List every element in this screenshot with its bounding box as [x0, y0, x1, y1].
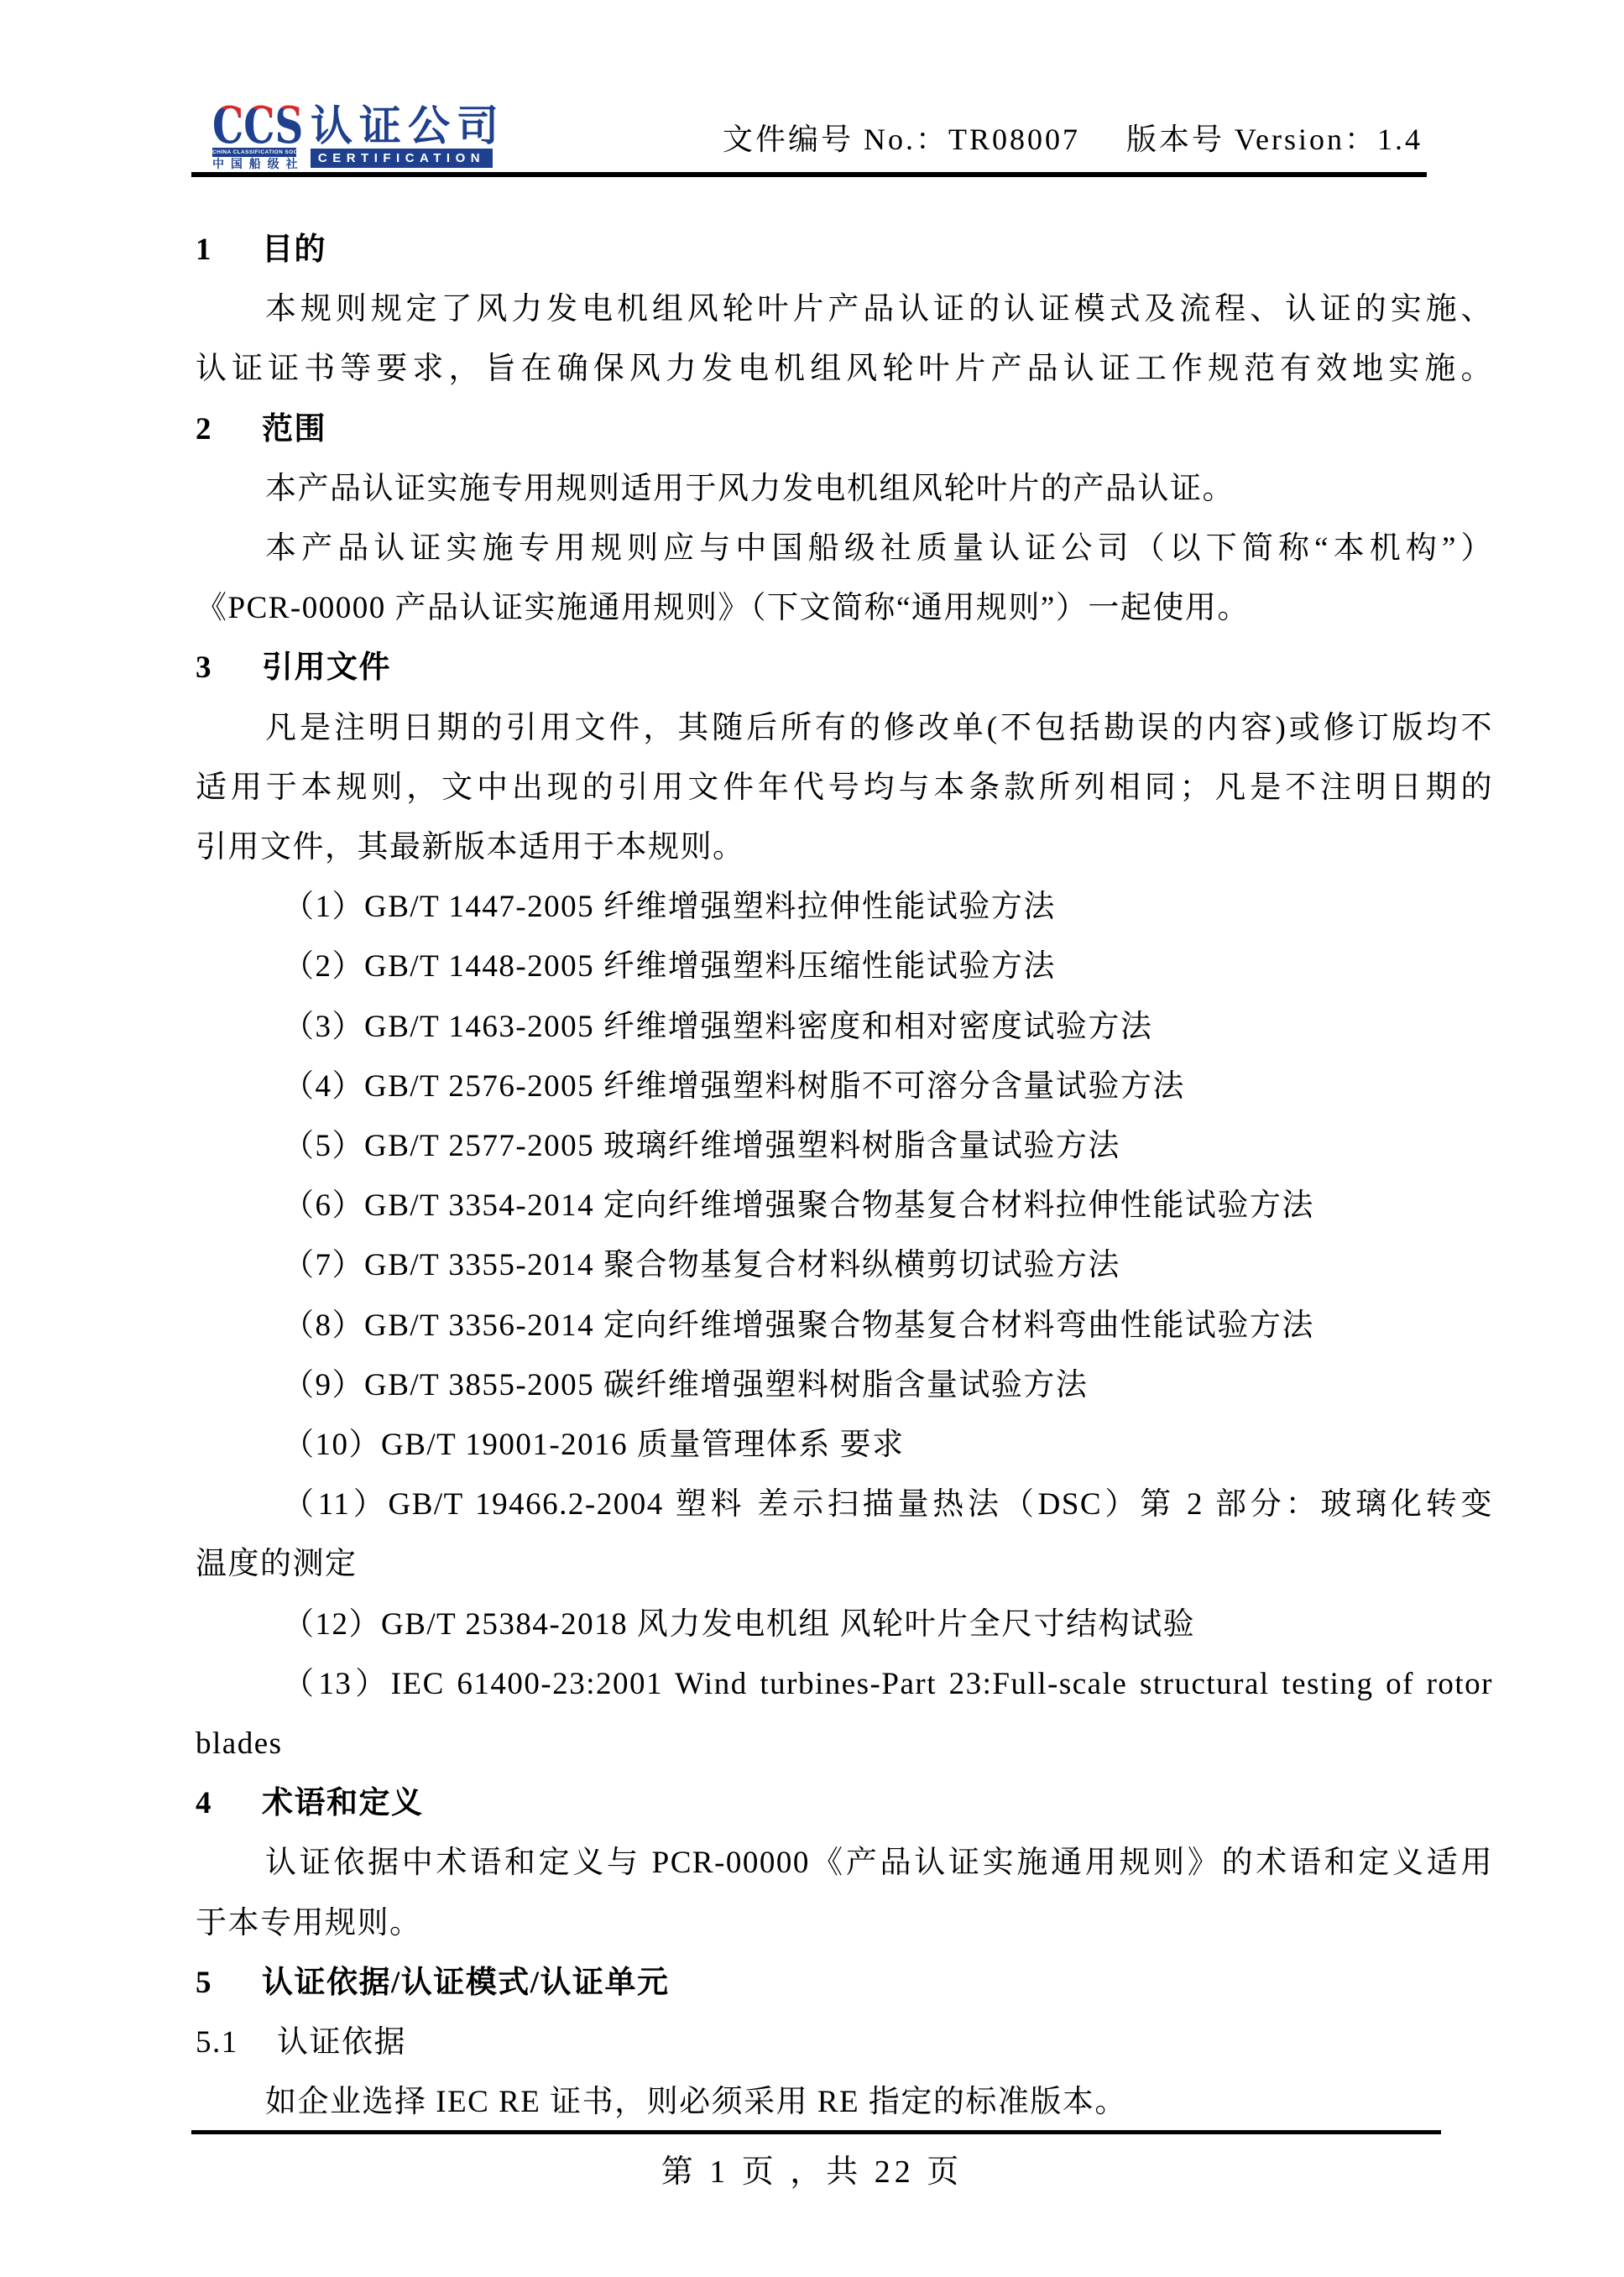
document-body: 1目的本规则规定了风力发电机组风轮叶片产品认证的认证模式及流程、认证的实施、认证…	[196, 220, 1493, 2133]
ccs-letter: S	[275, 97, 304, 155]
subsection-heading: 5.1认证依据	[196, 2013, 1493, 2072]
document-page: CCS CHINA CLASSIFICATION SOCIETY 中 国 船 级…	[0, 0, 1624, 2277]
paragraph-line: 本规则规定了风力发电机组风轮叶片产品认证的认证模式及流程、认证的实施、	[196, 279, 1493, 339]
heading-number: 4	[196, 1773, 262, 1833]
reference-item: （2）GB/T 1448-2005 纤维增强塑料压缩性能试验方法	[196, 937, 1493, 996]
paragraph-line: 适用于本规则，文中出现的引用文件年代号均与本条款所列相同；凡是不注明日期的	[196, 758, 1493, 817]
paragraph-line: 引用文件，其最新版本适用于本规则。	[196, 817, 1493, 877]
reference-item: （12）GB/T 25384-2018 风力发电机组 风轮叶片全尺寸结构试验	[196, 1595, 1493, 1654]
society-name-chinese: 中 国 船 级 社	[212, 158, 296, 170]
reference-item: （4）GB/T 2576-2005 纤维增强塑料树脂不可溶分含量试验方法	[196, 1057, 1493, 1116]
ccs-logo-left: CCS CHINA CLASSIFICATION SOCIETY 中 国 船 级…	[212, 107, 296, 170]
paragraph-line: 认证证书等要求，旨在确保风力发电机组风轮叶片产品认证工作规范有效地实施。	[196, 339, 1493, 399]
heading-number: 5.1	[196, 2013, 277, 2072]
heading-title: 范围	[262, 412, 326, 447]
doc-no-value: TR08007	[948, 123, 1080, 156]
section-heading: 2范围	[196, 400, 1493, 459]
reference-item: （8）GB/T 3356-2014 定向纤维增强聚合物基复合材料弯曲性能试验方法	[196, 1296, 1493, 1355]
ccs-letter: C	[212, 97, 243, 155]
doc-meta: 文件编号 No.：TR08007版本号 Version：1.4	[723, 123, 1423, 156]
paragraph-line: 于本专用规则。	[196, 1893, 1493, 1953]
ccs-letter: C	[243, 97, 274, 155]
doc-no-label: 文件编号 No.：	[723, 123, 948, 156]
reference-item: （13）IEC 61400-23:2001 Wind turbines-Part…	[196, 1654, 1493, 1714]
paragraph-line: 凡是注明日期的引用文件，其随后所有的修改单(不包括勘误的内容)或修订版均不	[196, 698, 1493, 758]
section-heading: 4术语和定义	[196, 1773, 1493, 1833]
paragraph-line: 《PCR-00000 产品认证实施通用规则》（下文简称“通用规则”）一起使用。	[196, 578, 1493, 638]
paragraph-line: 温度的测定	[196, 1534, 1493, 1594]
ccs-logo-right: 认证公司 CERTIFICATION	[311, 107, 505, 168]
ccs-logo-text: CCS	[212, 107, 278, 144]
header-rule	[191, 172, 1427, 177]
paragraph-line: blades	[196, 1714, 1493, 1773]
heading-title: 术语和定义	[262, 1786, 424, 1820]
heading-title: 认证依据	[277, 2025, 406, 2060]
certification-company-chinese: 认证公司	[311, 107, 505, 144]
footer-rule	[191, 2130, 1441, 2134]
reference-item: （11）GB/T 19466.2-2004 塑料 差示扫描量热法（DSC）第 2…	[196, 1475, 1493, 1534]
section-heading: 5认证依据/认证模式/认证单元	[196, 1953, 1493, 2013]
version-value: 1.4	[1377, 123, 1423, 156]
paragraph-line: 本产品认证实施专用规则适用于风力发电机组风轮叶片的产品认证。	[196, 459, 1493, 519]
page-number: 第 1 页 ，共 22 页	[0, 2145, 1624, 2191]
section-heading: 1目的	[196, 220, 1493, 279]
reference-item: （1）GB/T 1447-2005 纤维增强塑料拉伸性能试验方法	[196, 877, 1493, 937]
reference-item: （5）GB/T 2577-2005 玻璃纤维增强塑料树脂含量试验方法	[196, 1116, 1493, 1176]
paragraph-line: 本产品认证实施专用规则应与中国船级社质量认证公司（以下简称“本机构”）	[196, 519, 1493, 578]
heading-title: 目的	[262, 232, 326, 267]
heading-number: 5	[196, 1953, 262, 2013]
heading-number: 3	[196, 638, 262, 697]
section-heading: 3引用文件	[196, 638, 1493, 697]
ccs-logo: CCS CHINA CLASSIFICATION SOCIETY 中 国 船 级…	[212, 107, 505, 170]
heading-title: 引用文件	[262, 650, 391, 685]
heading-number: 1	[196, 220, 262, 279]
certification-banner: CERTIFICATION	[311, 149, 493, 168]
heading-number: 2	[196, 400, 262, 459]
paragraph-line: 认证依据中术语和定义与 PCR-00000《产品认证实施通用规则》的术语和定义适…	[196, 1833, 1493, 1893]
reference-item: （6）GB/T 3354-2014 定向纤维增强聚合物基复合材料拉伸性能试验方法	[196, 1176, 1493, 1235]
reference-item: （9）GB/T 3855-2005 碳纤维增强塑料树脂含量试验方法	[196, 1355, 1493, 1415]
reference-item: （10）GB/T 19001-2016 质量管理体系 要求	[196, 1415, 1493, 1475]
heading-title: 认证依据/认证模式/认证单元	[262, 1966, 670, 2000]
version-label: 版本号 Version：	[1126, 123, 1377, 156]
reference-item: （7）GB/T 3355-2014 聚合物基复合材料纵横剪切试验方法	[196, 1235, 1493, 1295]
paragraph-line: 如企业选择 IEC RE 证书，则必须采用 RE 指定的标准版本。	[196, 2072, 1493, 2132]
reference-item: （3）GB/T 1463-2005 纤维增强塑料密度和相对密度试验方法	[196, 997, 1493, 1057]
